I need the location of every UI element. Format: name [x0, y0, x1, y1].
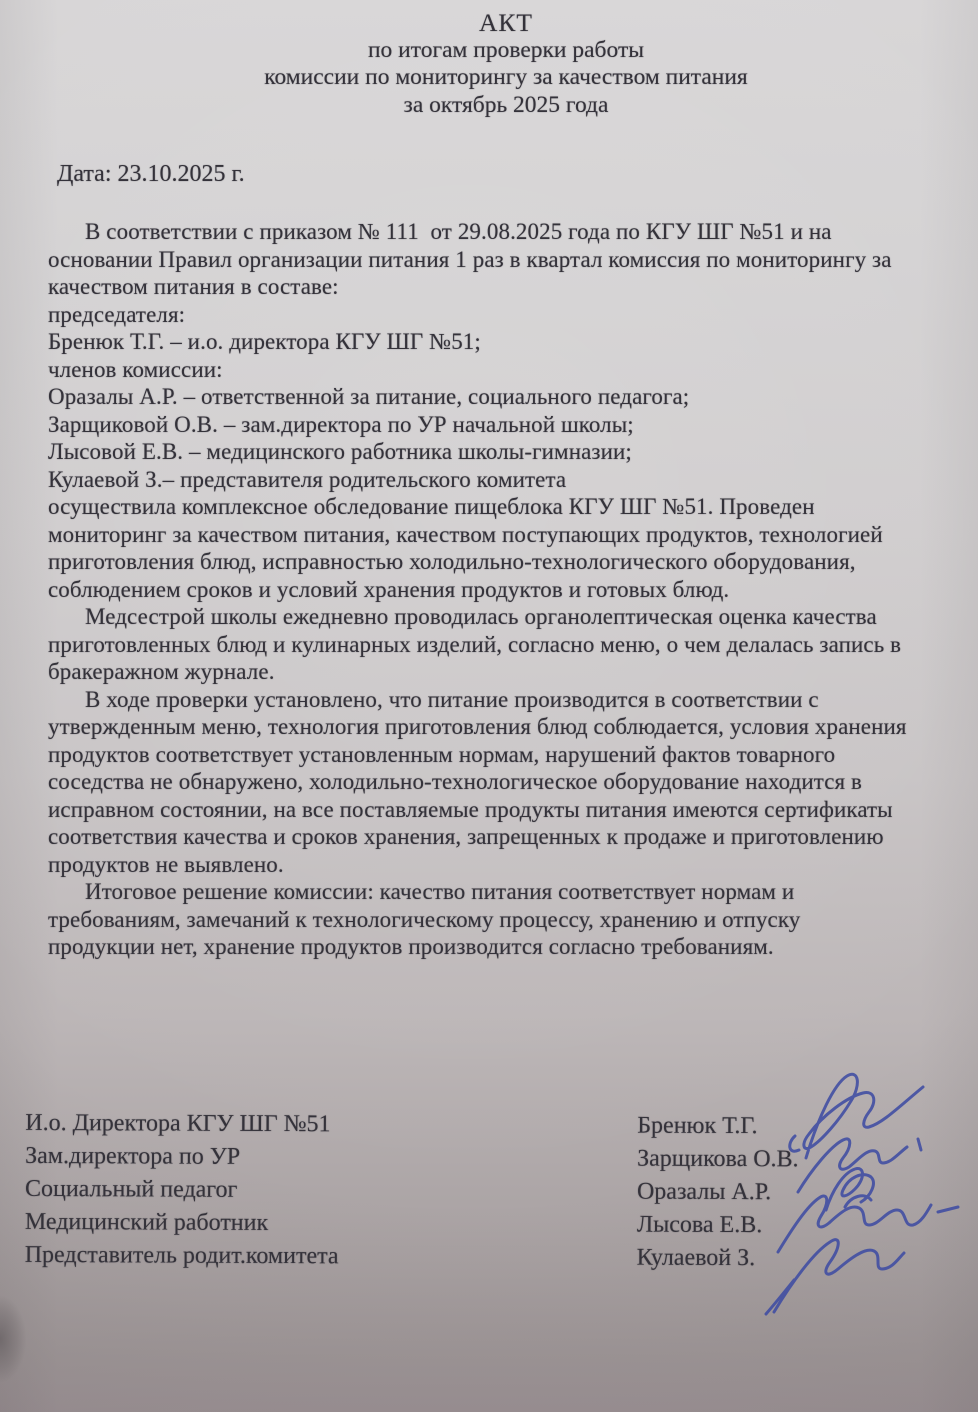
signature-row: Зам.директора по УР Зарщикова О.В. [25, 1140, 975, 1177]
body-line: мониторинг за качеством питания, качеств… [48, 521, 973, 549]
body-line-decision: Итоговое решение комиссии: качество пита… [48, 878, 973, 906]
title-line-period: за октябрь 2025 года [17, 92, 978, 120]
body-line-member-3: Лысовой Е.В. – медицинского работника шк… [48, 438, 973, 466]
title-line-act: АКТ [17, 9, 978, 37]
signature-row: Социальный педагог Оразалы А.Р. [25, 1173, 975, 1210]
signature-row: Медицинский работник Лысова Е.В. [25, 1206, 975, 1243]
body-line-chairman: Бренюк Т.Г. – и.о. директора КГУ ШГ №51; [48, 328, 973, 356]
body-line: осуществила комплексное обследование пищ… [48, 493, 973, 521]
signature-name: Зарщикова О.В. [637, 1143, 799, 1177]
signature-name: Оразалы А.Р. [637, 1176, 771, 1210]
body-line-chairman-label: председателя: [48, 301, 973, 329]
body-line: приготовленных блюд и кулинарных изделий… [48, 631, 973, 659]
body-line: утвержденным меню, технология приготовле… [48, 713, 973, 741]
title-line-subtitle-2: комиссии по мониторингу за качеством пит… [17, 64, 978, 92]
signature-name: Бренюк Т.Г. [637, 1110, 757, 1144]
title-line-subtitle-1: по итогам проверки работы [17, 37, 978, 65]
body-line: требованиям, замечаний к технологическом… [48, 906, 973, 934]
body-line: Медсестрой школы ежедневно проводилась о… [48, 603, 973, 631]
body-line-member-4: Кулаевой З.– представителя родительского… [48, 466, 973, 494]
document-body: В соответствии с приказом № 111 от 29.08… [48, 218, 973, 961]
signature-section: И.о. Директора КГУ ШГ №51 Бренюк Т.Г. За… [25, 1107, 976, 1276]
body-line-member-1: Оразалы А.Р. – ответственной за питание,… [48, 383, 973, 411]
signature-row: И.о. Директора КГУ ШГ №51 Бренюк Т.Г. [25, 1107, 975, 1144]
body-line: продуктов соответствует установленным но… [48, 741, 973, 769]
body-line: В соответствии с приказом № 111 от 29.08… [48, 218, 973, 246]
body-line: соответствия качества и сроков хранения,… [48, 823, 973, 851]
body-line: бракеражном журнале. [48, 658, 973, 686]
body-line: продукции нет, хранение продуктов произв… [48, 933, 973, 961]
signature-role: Медицинский работник [25, 1206, 637, 1242]
body-line-members-label: членов комиссии: [48, 356, 973, 384]
photographed-document: { "page": { "paper_top_color": "#d8d6d7"… [0, 0, 978, 1412]
body-line: основании Правил организации питания 1 р… [48, 246, 973, 274]
body-line: соблюдением сроков и условий хранения пр… [48, 576, 973, 604]
body-line-member-2: Зарщиковой О.В. – зам.директора по УР на… [48, 411, 973, 439]
signature-role: Зам.директора по УР [25, 1140, 637, 1176]
document-title: АКТ по итогам проверки работы комиссии п… [17, 9, 978, 119]
body-line: исправном состоянии, на все поставляемые… [48, 796, 973, 824]
date-line: Дата: 23.10.2025 г. [57, 161, 245, 188]
paper-edge-shadow [0, 1296, 26, 1382]
body-line: В ходе проверки установлено, что питание… [48, 686, 973, 714]
signature-role: Социальный педагог [25, 1173, 637, 1209]
signature-row: Представитель родит.комитета Кулаевой З. [25, 1239, 975, 1276]
body-line: продуктов не выявлено. [48, 851, 973, 879]
body-line: приготовления блюд, исправностью холодил… [48, 548, 973, 576]
signature-name: Лысова Е.В. [637, 1209, 763, 1243]
signature-role: Представитель родит.комитета [25, 1239, 637, 1275]
body-line: качеством питания в составе: [48, 273, 973, 301]
body-line: соседства не обнаружено, холодильно-техн… [48, 768, 973, 796]
signature-name: Кулаевой З. [637, 1242, 756, 1276]
signature-role: И.о. Директора КГУ ШГ №51 [25, 1107, 637, 1143]
